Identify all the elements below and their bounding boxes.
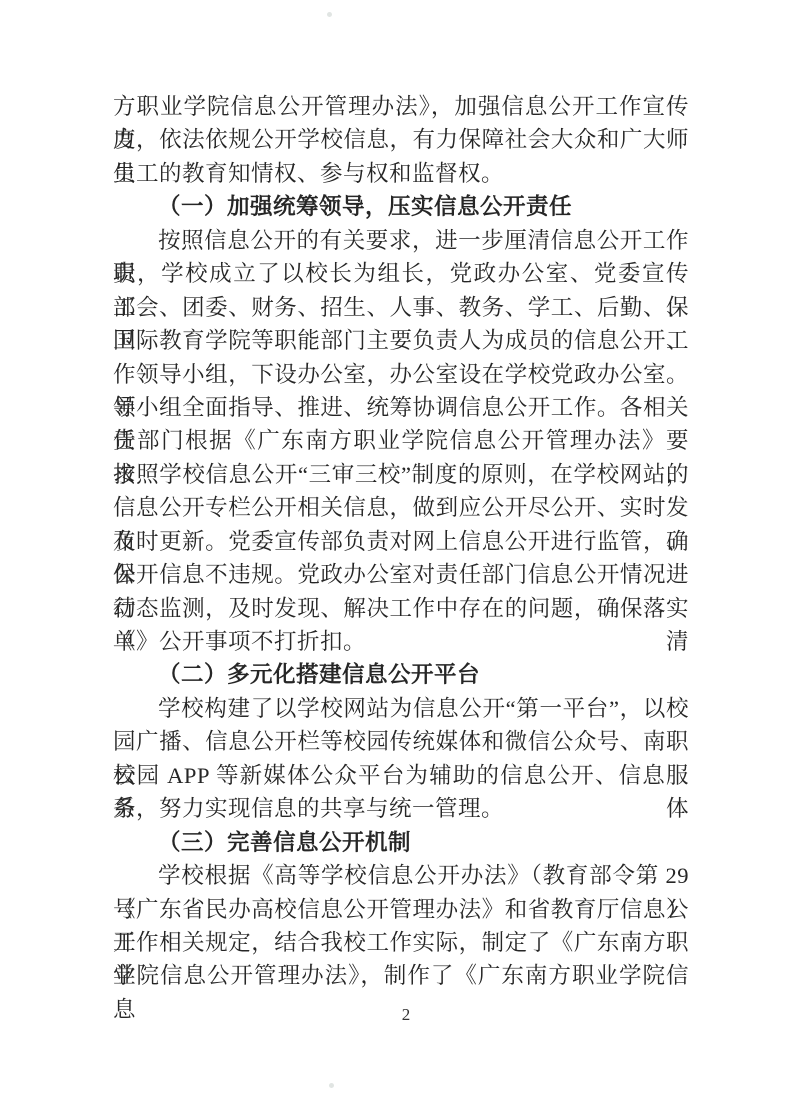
text-line: 按照信息公开的有关要求，进一步厘清信息公开工作职 xyxy=(113,224,689,257)
text-line: 学校根据《高等学校信息公开办法》（教育部令第 29 号） xyxy=(113,859,689,892)
text-line: 任部门根据《广东南方职业学院信息公开管理办法》要求， xyxy=(113,424,689,457)
text-line: 及时更新。党委宣传部负责对网上信息公开进行监管，确保 xyxy=(113,525,689,558)
text-line: 导小组全面指导、推进、统筹协调信息公开工作。各相关责 xyxy=(113,391,689,424)
scan-artifact-top xyxy=(327,12,332,17)
text-line: 园广播、信息公开栏等校园传统媒体和微信公众号、南职云 xyxy=(113,725,689,758)
text-line: 学院信息公开管理办法》，制作了《广东南方职业学院信息 xyxy=(113,959,689,992)
text-line: 度，依法依规公开学校信息，有力保障社会大众和广大师生 xyxy=(113,123,689,156)
text-line: 作领导小组，下设办公室，办公室设在学校党政办公室。领 xyxy=(113,358,689,391)
document-page: 方职业学院信息公开管理办法》，加强信息公开工作宣传力度，依法依规公开学校信息，有… xyxy=(0,0,800,1105)
text-line: 工作相关规定，结合我校工作实际，制定了《广东南方职业 xyxy=(113,926,689,959)
section-heading: （三）完善信息公开机制 xyxy=(113,826,689,859)
text-line: 校园 APP 等新媒体公众平台为辅助的信息公开、信息服务体 xyxy=(113,759,689,792)
page-number: 2 xyxy=(113,1002,699,1028)
text-line: 公开信息不违规。党政办公室对责任部门信息公开情况进行 xyxy=(113,558,689,591)
text-line: 工会、团委、财务、招生、人事、教务、学工、后勤、保卫、 xyxy=(113,291,689,324)
text-line: 信息公开专栏公开相关信息，做到应公开尽公开、实时发布、 xyxy=(113,491,689,524)
text-line: 责，学校成立了以校长为组长，党政办公室、党委宣传部、 xyxy=(113,257,689,290)
text-line: 国际教育学院等职能部门主要负责人为成员的信息公开工 xyxy=(113,324,689,357)
text-line: 动态监测，及时发现、解决工作中存在的问题，确保落实《清 xyxy=(113,592,689,625)
text-line: 员工的教育知情权、参与权和监督权。 xyxy=(113,157,689,190)
text-line: 《广东省民办高校信息公开管理办法》和省教育厅信息公开 xyxy=(113,893,689,926)
scan-artifact-bottom xyxy=(329,1083,334,1088)
text-line: 按照学校信息公开“三审三校”制度的原则，在学校网站的 xyxy=(113,458,689,491)
section-heading: （一）加强统筹领导，压实信息公开责任 xyxy=(113,190,689,223)
text-line: 学校构建了以学校网站为信息公开“第一平台”，以校 xyxy=(113,692,689,725)
document-lines: 方职业学院信息公开管理办法》，加强信息公开工作宣传力度，依法依规公开学校信息，有… xyxy=(113,90,689,993)
text-line: 方职业学院信息公开管理办法》，加强信息公开工作宣传力 xyxy=(113,90,689,123)
section-heading: （二）多元化搭建信息公开平台 xyxy=(113,658,689,691)
